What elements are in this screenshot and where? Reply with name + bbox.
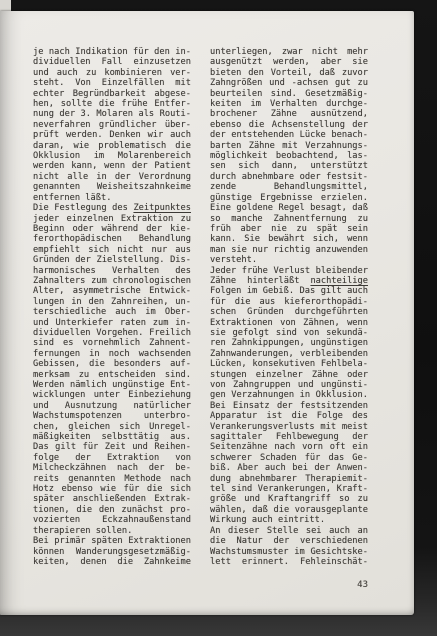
text-line: keiten, denen die Zahnkeime xyxy=(33,557,191,567)
text-line: Jeder frühe Verlust bleibender xyxy=(210,266,368,276)
text-line: Seitenzähne nach vorn oft ein xyxy=(210,442,368,452)
text-line: Milcheckzähnen nach der be- xyxy=(33,463,191,473)
text-line: ausgenützt werden, aber sie xyxy=(210,57,368,67)
text-line: steht. Von Einzelfällen mit xyxy=(33,78,191,88)
text-line: tionen, die den zunächst pro- xyxy=(33,505,191,515)
text-line: nicht alle in der Verordnung xyxy=(33,172,191,182)
text-line: stungen einzelner Zähne oder xyxy=(210,370,368,380)
text-line: harmonisches Verhalten des xyxy=(33,266,191,276)
text-line: je nach Indikation für den in- xyxy=(33,47,191,57)
text-line: der entstehenden Lücke benach- xyxy=(210,130,368,140)
text-line: versteht. xyxy=(210,255,368,265)
scanned-page: je nach Indikation für den in-dividuelle… xyxy=(0,11,414,615)
text-line: zende Behandlungsmittel, xyxy=(210,182,368,192)
text-line: Das gilt für Zeit und Reihen- xyxy=(33,442,191,452)
text-column-right: unterliegen, zwar nicht mehrausgenützt w… xyxy=(210,47,368,567)
text-line: und auch zu kombinieren ver- xyxy=(33,68,191,78)
text-line: brochener Zähne ausnützend, xyxy=(210,109,368,119)
text-column-left: je nach Indikation für den in-dividuelle… xyxy=(33,47,191,567)
text-line: jeder einzelnen Extraktion zu xyxy=(33,214,191,224)
text-line: für die aus kieferorthopädi- xyxy=(210,297,368,307)
text-line: neverfahren gründlicher über- xyxy=(33,120,191,130)
text-line: Werden nämlich ungünstige Ent- xyxy=(33,380,191,390)
text-line: und Ausnutzung natürlicher xyxy=(33,401,191,411)
text-line: größe und Kraftangriff so zu xyxy=(210,494,368,504)
text-line: genannten Weisheitszahnkeime xyxy=(33,182,191,192)
text-line: nung der 3. Molaren als Routi- xyxy=(33,109,191,119)
text-line: Gründen der Zielstellung. Dis- xyxy=(33,255,191,265)
text-line: fernungen in noch wachsenden xyxy=(33,349,191,359)
text-line: empfiehlt sich nicht nur aus xyxy=(33,245,191,255)
text-line: Gebissen, die besonders auf- xyxy=(33,359,191,369)
text-line: schwerer Schaden für das Ge- xyxy=(210,453,368,463)
text-line: terschiedliche auch im Ober- xyxy=(33,307,191,317)
text-line: lett erinnert. Fehleinschät- xyxy=(210,557,368,567)
text-line: und Unterkiefer raten zum in- xyxy=(33,318,191,328)
text-line: möglichkeit beobachtend, las- xyxy=(210,151,368,161)
text-line: Alter, asymmetrische Entwick- xyxy=(33,286,191,296)
text-line: merksam zu entscheiden sind. xyxy=(33,370,191,380)
text-line: Beginn oder während der kie- xyxy=(33,224,191,234)
text-line: Okklusion im Molarenbereich xyxy=(33,151,191,161)
text-line: von Zahngruppen und ungünsti- xyxy=(210,380,368,390)
text-line: schen Gründen durchgeführten xyxy=(210,307,368,317)
text-line: wählen, daß die vorausgeplante xyxy=(210,505,368,515)
text-line: ren Zahnkippungen, ungünstigen xyxy=(210,338,368,348)
text-line: Zahnalters zum chronologischen xyxy=(33,276,191,286)
text-line: durch abnehmbare oder festsit- xyxy=(210,172,368,182)
text-line: entfernen läßt. xyxy=(33,193,191,203)
text-line: werden kann, wenn der Patient xyxy=(33,161,191,171)
text-line: Wirkung auch eintritt. xyxy=(210,515,368,525)
text-line: folge der Extraktion von xyxy=(33,453,191,463)
text-line: Apparatur ist die Folge des xyxy=(210,411,368,421)
text-line: Extraktionen von Zähnen, wenn xyxy=(210,318,368,328)
text-line: barten Zähne mit Verzahnungs- xyxy=(210,141,368,151)
text-line: früh aber nie zu spät sein xyxy=(210,224,368,234)
text-line: Wachstumspotenzen unterbro- xyxy=(33,411,191,421)
text-line: reits genannten Methode nach xyxy=(33,474,191,484)
text-line: chen, gleichen sich Unregel- xyxy=(33,422,191,432)
text-line: Wachstumsmuster im Gesichtske- xyxy=(210,547,368,557)
text-line: sie gefolgt sind von sekundä- xyxy=(210,328,368,338)
underlined-text: Zeitpunktes xyxy=(133,203,191,213)
text-line: gen Verzahnungen in Okklusion. xyxy=(210,390,368,400)
text-line: biß. Aber auch bei der Anwen- xyxy=(210,463,368,473)
text-line: Bei Einsatz der festsitzenden xyxy=(210,401,368,411)
text-line: sen sich dann, unterstützt xyxy=(210,161,368,171)
text-line: dividuellen Vorgehen. Freilich xyxy=(33,328,191,338)
text-line: Die Festlegung des Zeitpunktes xyxy=(33,203,191,213)
text-line: sagittaler Fehlbewegung der xyxy=(210,432,368,442)
text-line: Zahngrößen und -achsen gut zu xyxy=(210,78,368,88)
text-line: Bei primär späten Extraktionen xyxy=(33,536,191,546)
text-line: mäßigkeiten selbsttätig aus. xyxy=(33,432,191,442)
text-line: dung abnehmbarer Therapiemit- xyxy=(210,474,368,484)
text-line: sind es vornehmlich Zahnent- xyxy=(33,338,191,348)
text-line: unterliegen, zwar nicht mehr xyxy=(210,47,368,57)
text-line: echter Begründbarkeit abgese- xyxy=(33,89,191,99)
text-line: die Natur der verschiedenen xyxy=(210,536,368,546)
text-line: bieten den Vorteil, daß zuvor xyxy=(210,68,368,78)
text-line: beurteilen sind. Gesetzmäßig- xyxy=(210,89,368,99)
text-line: An dieser Stelle sei auch an xyxy=(210,526,368,536)
text-line: dividuellen Fall einzusetzen xyxy=(33,57,191,67)
text-line: kann. Sie bewährt sich, wenn xyxy=(210,234,368,244)
text-line: günstige Ergebnisse erzielen. xyxy=(210,193,368,203)
text-line: Verankerungsverlusts mit meist xyxy=(210,422,368,432)
text-line: so manche Zahnentfernung zu xyxy=(210,214,368,224)
text-line: prüft werden. Denken wir auch xyxy=(33,130,191,140)
text-line: man sie nur richtig anzuwenden xyxy=(210,245,368,255)
text-line: Hotz ebenso wie für die sich xyxy=(33,484,191,494)
text-line: therapieren sollen. xyxy=(33,526,191,536)
text-line: können Wanderungsgesetzmäßig- xyxy=(33,547,191,557)
text-line: Folgen im Gebiß. Das gilt auch xyxy=(210,286,368,296)
text-line: wicklungen unter Einbeziehung xyxy=(33,390,191,400)
text-line: Eine goldene Regel besagt, daß xyxy=(210,203,368,213)
text-line: Zähne hinterläßt nachteilige xyxy=(210,276,368,286)
page-number: 43 xyxy=(210,580,368,590)
text-line: vozierten Eckzahnaußenstand xyxy=(33,515,191,525)
text-line: daran, wie problematisch die xyxy=(33,141,191,151)
text-line: tel sind Verankerungen, Kraft- xyxy=(210,484,368,494)
text-line: lungen in den Zahnreihen, un- xyxy=(33,297,191,307)
text-line: hen, sollte die frühe Entfer- xyxy=(33,99,191,109)
text-line: ebenso die Achsenstellung der xyxy=(210,120,368,130)
text-line: keiten im Verhalten durchge- xyxy=(210,99,368,109)
text-line: Zahnwanderungen, verbleibenden xyxy=(210,349,368,359)
underlined-text: nachteilige xyxy=(310,276,368,286)
photo-backdrop: je nach Indikation für den in-dividuelle… xyxy=(0,0,437,636)
text-line: ferorthopädischen Behandlung xyxy=(33,234,191,244)
text-line: später anschließenden Extrak- xyxy=(33,494,191,504)
text-line: Lücken, konsekutiven Fehlbela- xyxy=(210,359,368,369)
